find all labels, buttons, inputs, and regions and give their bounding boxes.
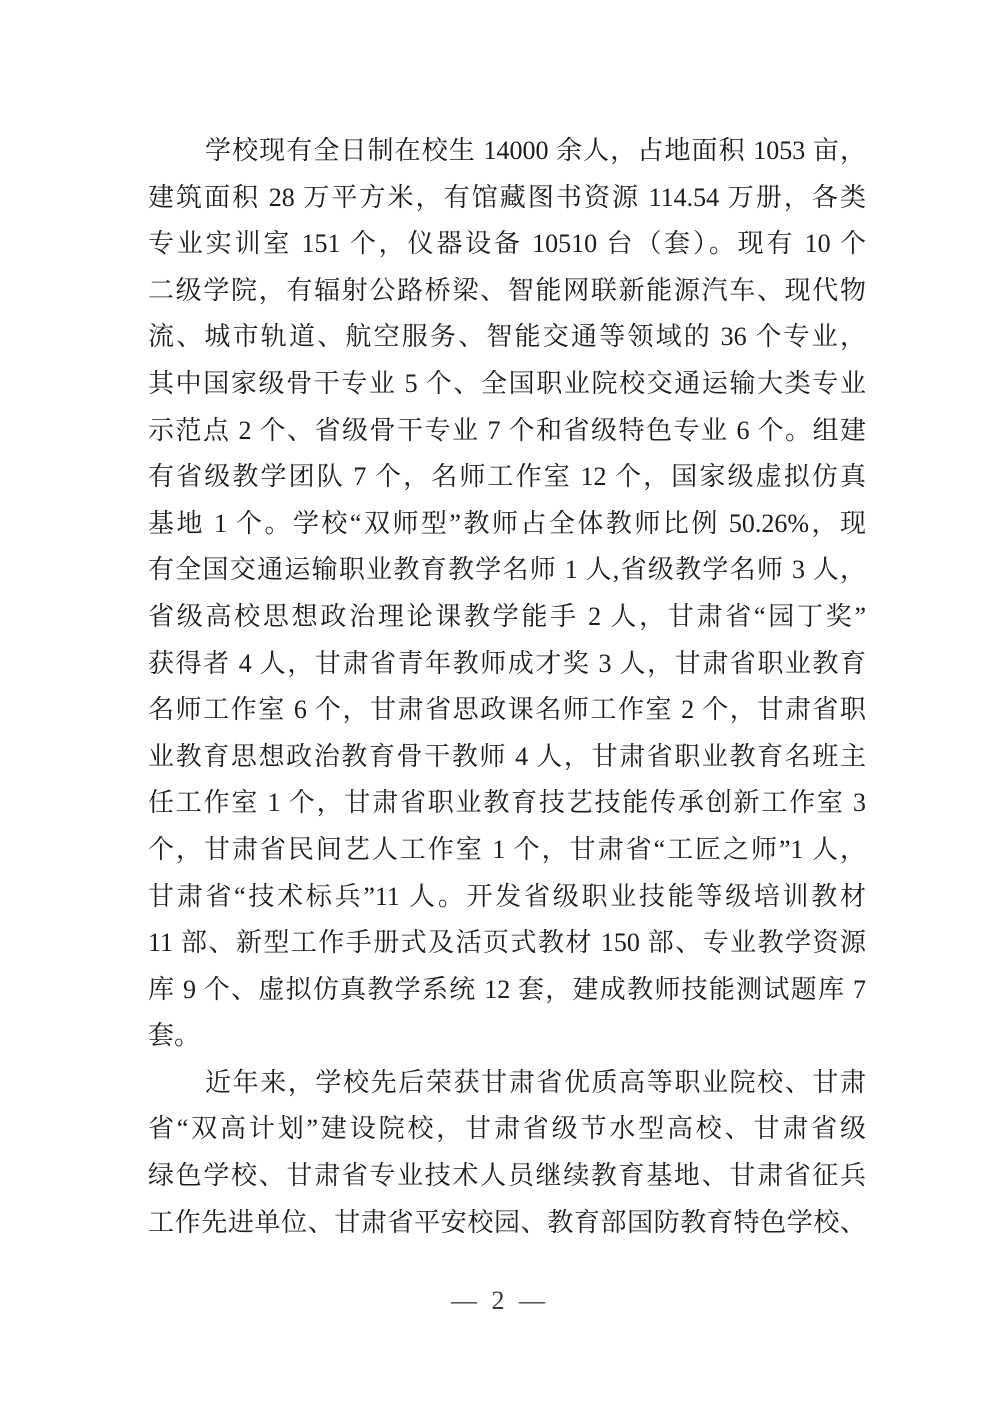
text-line: 近年来，学校先后荣获甘肃省优质高等职业院校、甘肃 xyxy=(148,1060,866,1107)
page-number: — 2 — xyxy=(451,1286,549,1315)
text-line: 学校现有全日制在校生 14000 余人，占地面积 1053 亩， xyxy=(148,128,866,175)
document-page: 学校现有全日制在校生 14000 余人，占地面积 1053 亩， 建筑面积 28… xyxy=(0,0,1000,1415)
text-line: 个，甘肃省民间艺人工作室 1 个，甘肃省“工匠之师”1 人， xyxy=(148,827,866,874)
text-line: 名师工作室 6 个，甘肃省思政课名师工作室 2 个，甘肃省职 xyxy=(148,687,866,734)
text-line: 建筑面积 28 万平方米，有馆藏图书资源 114.54 万册，各类 xyxy=(148,175,866,222)
page-footer: — 2 — xyxy=(0,1284,1000,1318)
text-line: 流、城市轨道、航空服务、智能交通等领域的 36 个专业， xyxy=(148,314,866,361)
text-line: 套。 xyxy=(148,1013,866,1060)
text-line: 基地 1 个。学校“双师型”教师占全体教师比例 50.26%，现 xyxy=(148,501,866,548)
text-line: 库 9 个、虚拟仿真教学系统 12 套，建成教师技能测试题库 7 xyxy=(148,967,866,1014)
text-line: 省级高校思想政治理论课教学能手 2 人，甘肃省“园丁奖” xyxy=(148,594,866,641)
text-line: 业教育思想政治教育骨干教师 4 人，甘肃省职业教育名班主 xyxy=(148,734,866,781)
text-line: 有全国交通运输职业教育教学名师 1 人,省级教学名师 3 人， xyxy=(148,547,866,594)
paragraph: 学校现有全日制在校生 14000 余人，占地面积 1053 亩， 建筑面积 28… xyxy=(148,128,866,1060)
text-line: 示范点 2 个、省级骨干专业 7 个和省级特色专业 6 个。组建 xyxy=(148,408,866,455)
text-line: 获得者 4 人，甘肃省青年教师成才奖 3 人，甘肃省职业教育 xyxy=(148,641,866,688)
paragraph: 近年来，学校先后荣获甘肃省优质高等职业院校、甘肃 省“双高计划”建设院校，甘肃省… xyxy=(148,1060,866,1246)
text-line: 其中国家级骨干专业 5 个、全国职业院校交通运输大类专业 xyxy=(148,361,866,408)
text-line: 专业实训室 151 个，仪器设备 10510 台（套）。现有 10 个 xyxy=(148,221,866,268)
text-line: 工作先进单位、甘肃省平安校园、教育部国防教育特色学校、 xyxy=(148,1200,866,1247)
text-line: 绿色学校、甘肃省专业技术人员继续教育基地、甘肃省征兵 xyxy=(148,1153,866,1200)
text-line: 11 部、新型工作手册式及活页式教材 150 部、专业教学资源 xyxy=(148,920,866,967)
text-line: 有省级教学团队 7 个，名师工作室 12 个，国家级虚拟仿真 xyxy=(148,454,866,501)
text-line: 任工作室 1 个，甘肃省职业教育技艺技能传承创新工作室 3 xyxy=(148,780,866,827)
text-line: 二级学院，有辐射公路桥梁、智能网联新能源汽车、现代物 xyxy=(148,268,866,315)
text-line: 省“双高计划”建设院校，甘肃省级节水型高校、甘肃省级 xyxy=(148,1106,866,1153)
text-line: 甘肃省“技术标兵”11 人。开发省级职业技能等级培训教材 xyxy=(148,874,866,921)
document-body: 学校现有全日制在校生 14000 余人，占地面积 1053 亩， 建筑面积 28… xyxy=(148,128,866,1246)
